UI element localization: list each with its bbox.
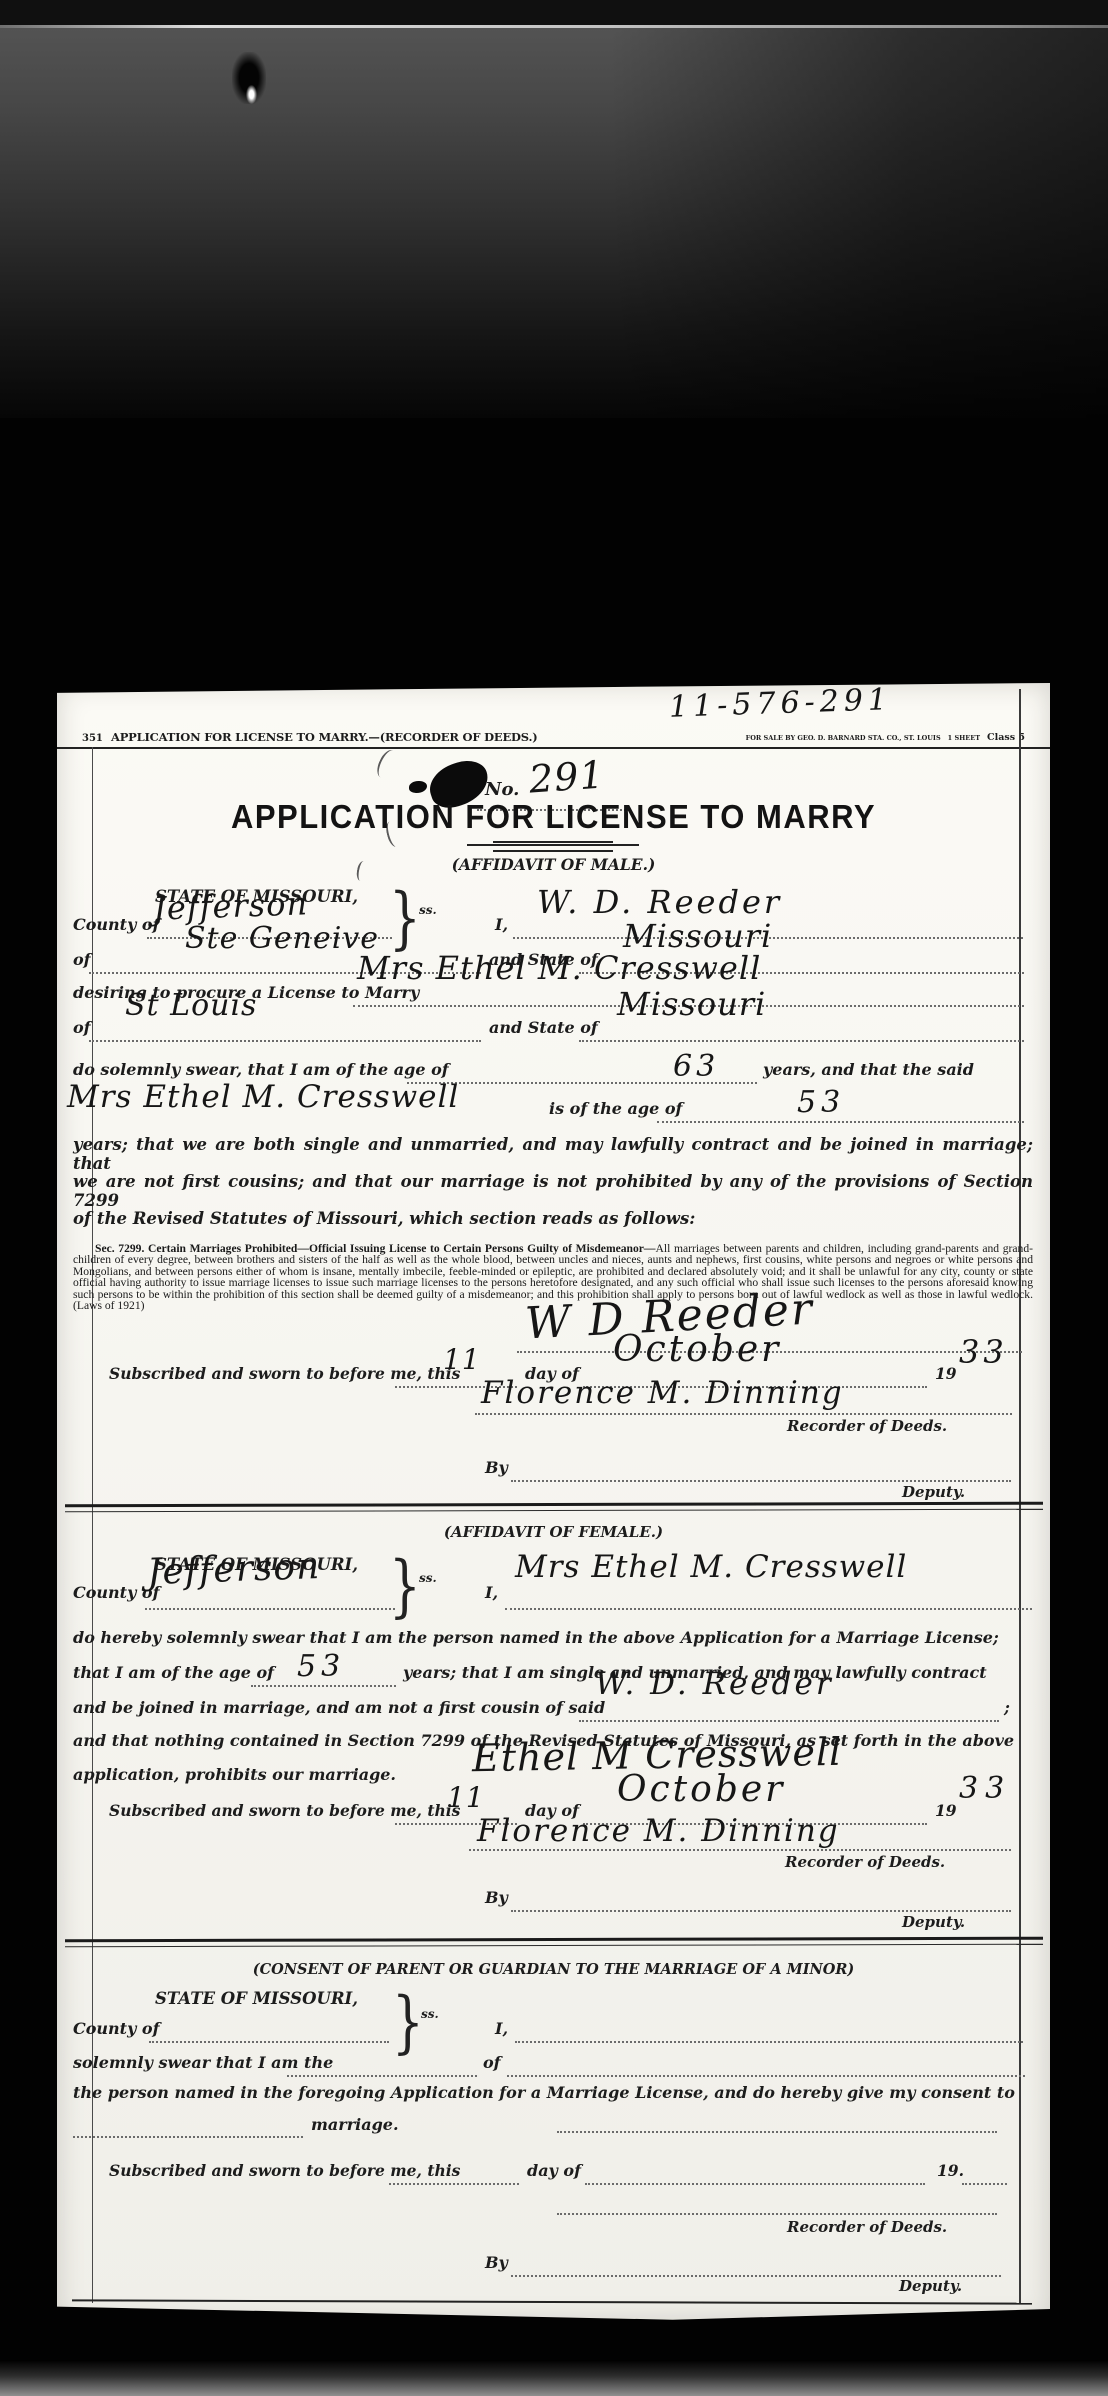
female-county-label: County of [73,1583,159,1602]
male-recorder-signature: Florence M. Dinning [481,1375,844,1411]
scanner-gradient [0,28,1108,418]
male-of-label: of [73,950,91,969]
male-oath-line3: of the Revised Statutes of Missouri, whi… [73,1209,695,1228]
female-name-value: Mrs Ethel M. Cresswell [515,1549,907,1585]
dotted-line [475,1413,1012,1415]
scanned-document-page: 11-576-291 351 APPLICATION FOR LICENSE T… [0,0,1108,2396]
printer-sheet: 1 SHEET [948,734,980,742]
dotted-line [389,2183,519,2185]
male-bride-state-value: Missouri [617,985,766,1023]
male-by-label: By [485,1458,508,1477]
frame-bottom-rule [72,2299,1032,2304]
male-and-state2-label: and State of [489,1018,598,1037]
consent-by-label: By [485,2253,508,2272]
female-affidavit-heading: (AFFIDAVIT OF FEMALE.) [57,1523,1050,1541]
male-oath-line1: years; that we are both single and unmar… [73,1135,1033,1173]
female-recorder-label: Recorder of Deeds. [785,1853,945,1871]
male-name-value: W. D. Reeder [537,883,782,921]
printer-name: FOR SALE BY GEO. D. BARNARD STA. CO., ST… [746,734,941,742]
page-title: APPLICATION FOR LICENSE TO MARRY [57,798,1050,837]
female-age-value: 53 [297,1649,345,1684]
dotted-line [585,2183,925,2185]
female-i-label: I, [485,1583,498,1602]
consent-day-of-label: day of [527,2161,581,2180]
section-divider [65,1502,1043,1513]
printer-imprint: FOR SALE BY GEO. D. BARNARD STA. CO., ST… [675,732,1025,743]
female-groom-value: W. D. Reeder [595,1666,834,1702]
frame-top-rule [57,747,1050,749]
male-month-value: October [613,1329,781,1370]
male-county-label: County of [73,915,159,934]
scanner-top-band [0,0,1108,26]
section-divider [65,1937,1043,1948]
female-cousin-label: and be joined in marriage, and am not a … [73,1698,605,1717]
female-age-label: that I am of the age of [73,1663,274,1682]
female-oath-line3: application, prohibits our marriage. [73,1765,396,1784]
frame-right-rule [1019,689,1021,2303]
form-stock-number: 351 [82,733,103,744]
dotted-line [579,1720,999,1722]
consent-marriage-label: marriage. [311,2115,399,2134]
dotted-line [511,1480,1011,1482]
dotted-line [557,2213,997,2215]
male-bride-city-value: St Louis [125,988,257,1023]
male-of2-label: of [73,1018,91,1037]
consent-heading: (CONSENT OF PARENT OR GUARDIAN TO THE MA… [57,1961,1050,1978]
consent-line1: the person named in the foregoing Applic… [73,2083,1015,2102]
female-day-value: 11 [447,1781,485,1814]
male-oath-line2: we are not first cousins; and that our m… [73,1172,1033,1210]
dotted-line [657,1121,1024,1123]
title-ornament [493,841,613,852]
female-subscribed-label: Subscribed and sworn to before me, this [109,1801,460,1820]
dotted-line [251,1685,396,1687]
female-deputy-label: Deputy. [902,1913,965,1931]
female-ss-label: ss. [419,1571,437,1585]
male-bride-name2-value: Mrs Ethel M. Cresswell [67,1079,459,1115]
form-header-title: APPLICATION FOR LICENSE TO MARRY.—(RECOR… [111,730,538,744]
consent-state-label: STATE OF MISSOURI, [155,1989,358,2008]
dotted-line [505,1608,1032,1610]
dotted-line [89,1040,481,1042]
title-ornament-rule [467,844,639,846]
consent-county-label: County of [73,2019,159,2038]
consent-ss-brace: } [392,1983,424,2061]
female-month-value: October [617,1769,785,1810]
dotted-line [73,2136,303,2138]
dotted-line [149,2041,389,2043]
consent-of-label: of [483,2053,501,2072]
dotted-line [579,1040,1024,1042]
marriage-application-form: 11-576-291 351 APPLICATION FOR LICENSE T… [57,683,1050,2323]
female-by-label: By [485,1888,508,1907]
handwritten-file-number: 11-576-291 [668,682,892,725]
statute-laws-note: (Laws of 1921) [73,1299,144,1312]
scan-white-speck [246,85,257,104]
dotted-line [469,1849,1011,1851]
male-affidavit-heading: (AFFIDAVIT OF MALE.) [57,855,1050,874]
female-county-value: Jefferson [146,1546,321,1593]
male-is-age-label: is of the age of [549,1099,682,1118]
female-ss-brace: } [389,1547,421,1625]
female-semicolon: ; [1004,1698,1010,1717]
consent-year-printed: 19. [937,2161,964,2180]
male-swear-label: do solemnly swear, that I am of the age … [73,1060,449,1079]
female-recorder-signature: Florence M. Dinning [477,1813,840,1849]
male-bride-age-value: 53 [797,1085,845,1120]
consent-i-label: I, [495,2019,508,2038]
female-oath-line1: do hereby solemnly swear that I am the p… [73,1628,999,1647]
male-i-label: I, [495,915,508,934]
handwritten-application-number: 291 [528,752,606,801]
consent-deputy-label: Deputy. [899,2277,962,2295]
female-year-printed: 19 [935,1801,957,1820]
dotted-line [515,2041,1023,2043]
male-year-handwritten: 33 [959,1333,1008,1371]
dotted-line [145,1608,395,1610]
male-recorder-label: Recorder of Deeds. [787,1417,947,1435]
dotted-line [557,2131,997,2133]
female-year-handwritten: 33 [959,1771,1011,1806]
pencil-mark [373,747,400,781]
dotted-line [287,2075,477,2077]
dotted-line [962,2183,1007,2185]
consent-swear-label: solemnly swear that I am the [73,2053,333,2072]
male-ss-brace: } [389,879,421,957]
dotted-line [507,2075,1025,2077]
male-years-label: years, and that the said [763,1060,974,1079]
male-bride-name-value: Mrs Ethel M. Cresswell [357,949,761,987]
consent-ss-label: ss. [421,2007,439,2021]
ink-blot-tail [409,781,427,793]
consent-recorder-label: Recorder of Deeds. [787,2218,947,2236]
male-subscribed-label: Subscribed and sworn to before me, this [109,1364,460,1383]
male-ss-label: ss. [419,903,437,917]
male-day-value: 11 [443,1343,481,1376]
consent-subscribed-label: Subscribed and sworn to before me, this [109,2161,460,2180]
male-year-printed: 19 [935,1364,957,1383]
male-city-value: Ste Geneive [185,921,379,956]
dotted-line [511,1910,1011,1912]
scanner-bottom-gradient [0,2360,1108,2396]
male-age-value: 63 [673,1049,719,1084]
male-deputy-label: Deputy. [902,1483,965,1501]
